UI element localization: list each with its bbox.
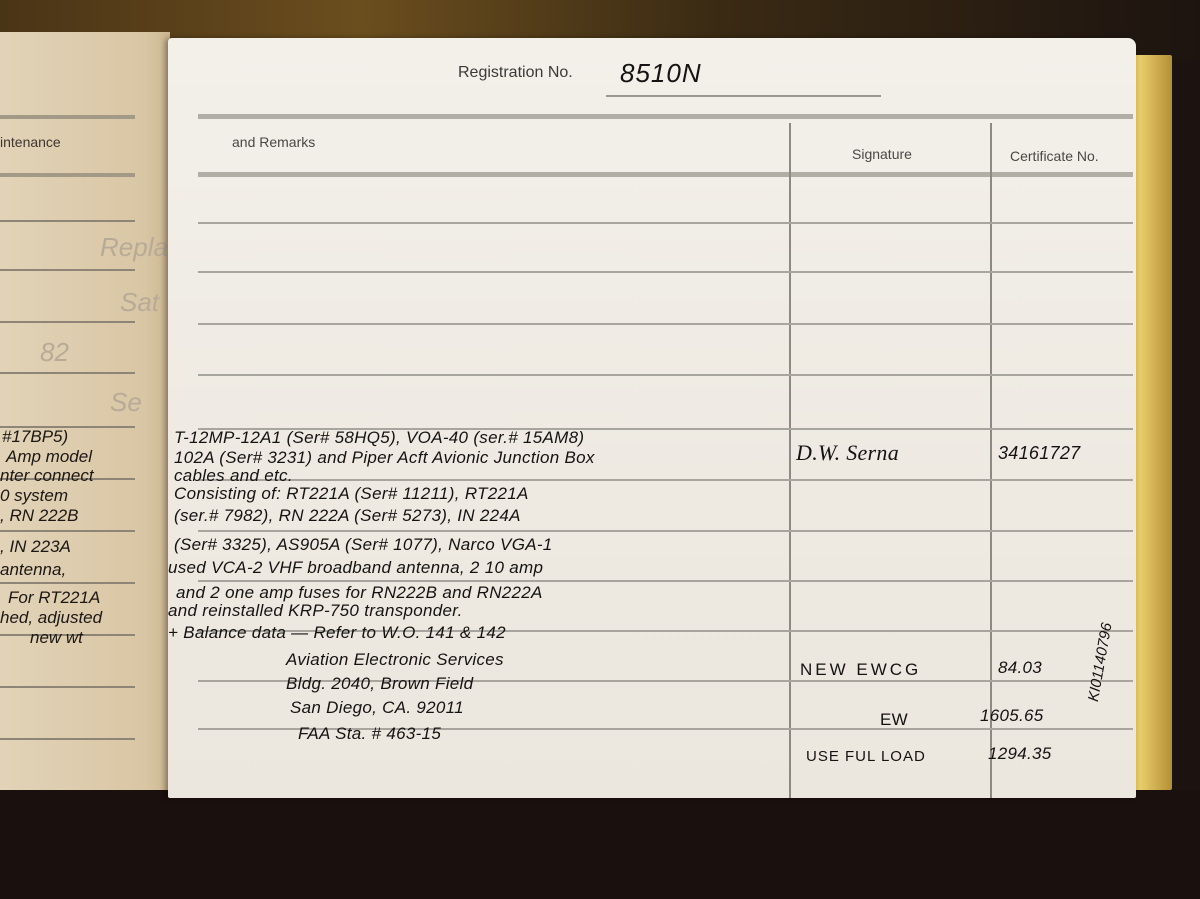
ruled-line (0, 372, 135, 374)
remarks-line: FAA Sta. # 463-15 (298, 724, 441, 744)
faded-entry: Sat (120, 287, 159, 318)
ruled-line (198, 580, 1133, 582)
certificate-column-header: Certificate No. (1010, 148, 1099, 164)
new-ewcg-label: NEW EWCG (800, 660, 921, 680)
left-entry-line: nter connect (0, 466, 94, 486)
remarks-line: used VCA-2 VHF broadband antenna, 2 10 a… (168, 558, 543, 578)
dark-background (0, 790, 1200, 899)
faded-entry: Se (110, 387, 142, 418)
column-divider (990, 123, 992, 798)
ruled-line (0, 582, 135, 584)
remarks-line: (Ser# 3325), AS905A (Ser# 1077), Narco V… (174, 535, 553, 555)
right-logbook-page: Registration No. 8510N and Remarks Signa… (168, 38, 1136, 798)
left-entry-line: 0 system (0, 486, 68, 506)
remarks-line: + Balance data — Refer to W.O. 141 & 142 (168, 623, 506, 643)
remarks-line: T-12MP-12A1 (Ser# 58HQ5), VOA-40 (ser.# … (174, 428, 584, 448)
remarks-column-header: and Remarks (232, 134, 315, 150)
left-entry-line: Amp model (6, 447, 92, 467)
left-logbook-page: intenance Replace Sat 82 Se #17BP5) Amp … (0, 32, 170, 790)
ruled-line (198, 271, 1133, 273)
ruled-line (198, 479, 1133, 481)
left-entry-line: hed, adjusted (0, 608, 102, 628)
registration-underline (606, 95, 881, 97)
left-entry-line: For RT221A (8, 588, 100, 608)
remarks-line: 102A (Ser# 3231) and Piper Acft Avionic … (174, 448, 595, 468)
certificate-number: 34161727 (998, 443, 1081, 464)
remarks-line: Aviation Electronic Services (286, 650, 504, 670)
left-entry-line: , IN 223A (0, 537, 71, 557)
signature-column-header: Signature (852, 146, 912, 162)
registration-label: Registration No. (458, 64, 573, 82)
left-entry-line: , RN 222B (0, 506, 78, 526)
registration-number: 8510N (620, 58, 702, 89)
remarks-line: and 2 one amp fuses for RN222B and RN222… (176, 583, 543, 603)
header-rule (198, 172, 1133, 177)
left-column-header: intenance (0, 134, 61, 150)
ruled-line (198, 374, 1133, 376)
ruled-line (0, 220, 135, 222)
mechanic-signature: D.W. Serna (796, 440, 899, 466)
remarks-line: and reinstalled KRP-750 transponder. (168, 601, 463, 621)
new-ewcg-value: 84.03 (998, 658, 1042, 678)
ruled-line (0, 321, 135, 323)
remarks-line: Consisting of: RT221A (Ser# 11211), RT22… (174, 484, 529, 504)
useful-load-value: 1294.35 (988, 744, 1052, 764)
remarks-line: (ser.# 7982), RN 222A (Ser# 5273), IN 22… (174, 506, 521, 526)
ruled-line (198, 530, 1133, 532)
left-entry-line: antenna, (0, 560, 66, 580)
header-rule (0, 115, 135, 119)
faded-entry: 82 (40, 337, 69, 368)
remarks-line: Bldg. 2040, Brown Field (286, 674, 473, 694)
ew-label: EW (880, 710, 908, 730)
ruled-line (0, 686, 135, 688)
ruled-line (0, 269, 135, 271)
ruled-line (0, 738, 135, 740)
ruled-line (198, 323, 1133, 325)
remarks-line: cables and etc. (174, 466, 293, 486)
ruled-line (0, 530, 135, 532)
ruled-line (198, 222, 1133, 224)
left-entry-line: #17BP5) (2, 427, 68, 447)
header-rule (198, 114, 1133, 119)
useful-load-label: USE FUL LOAD (806, 748, 926, 765)
ew-value: 1605.65 (980, 706, 1044, 726)
remarks-line: San Diego, CA. 92011 (290, 698, 464, 718)
header-rule (0, 173, 135, 177)
left-entry-line: new wt (30, 628, 83, 648)
column-divider (789, 123, 791, 798)
